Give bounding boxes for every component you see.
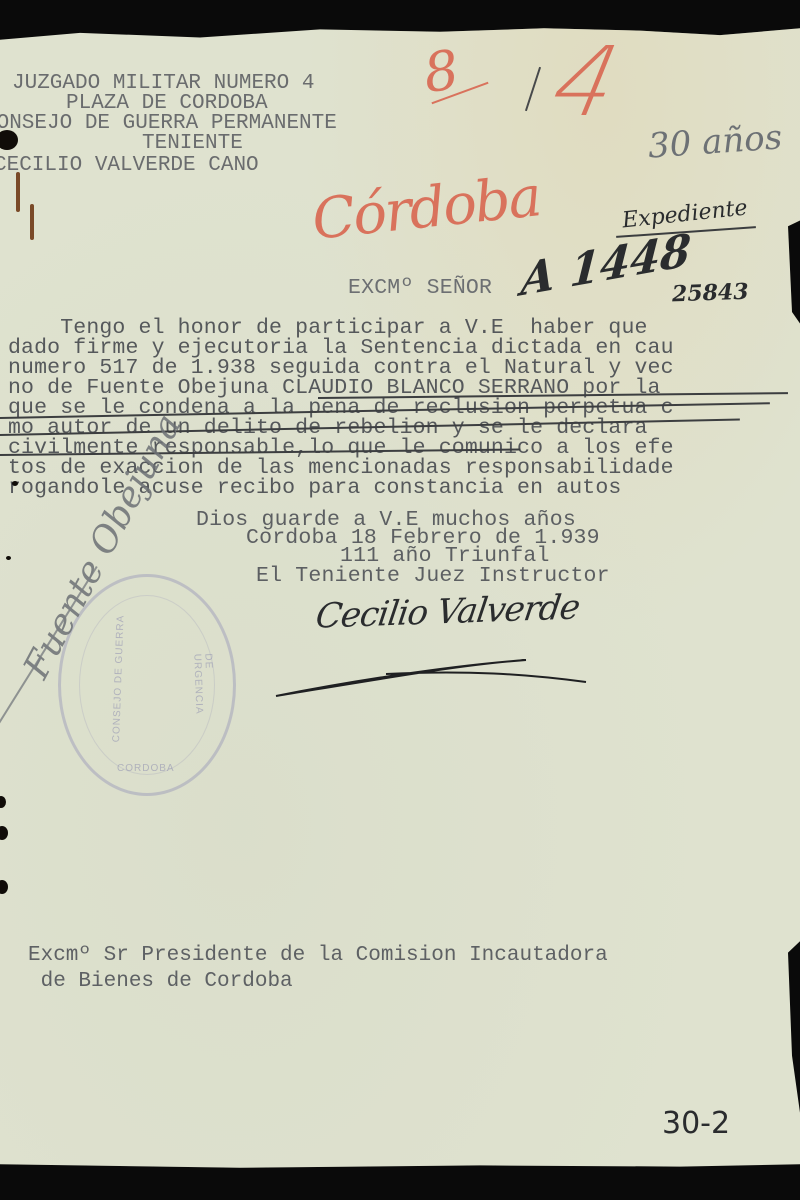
annotation-dark-stroke	[525, 67, 541, 111]
signature: Cecilio Valverde	[313, 587, 582, 636]
annotation-pencil-age: 30 años	[647, 117, 784, 166]
letterhead-rank: TENIENTE	[142, 134, 243, 154]
closing-title: El Teniente Juez Instructor	[256, 566, 610, 587]
letterhead-plaza: PLAZA DE CORDOBA	[66, 94, 268, 114]
ink-speck	[12, 481, 18, 486]
binding-hole	[0, 130, 18, 150]
salutation: EXCMº SEÑOR	[348, 278, 492, 299]
binding-hole	[0, 880, 8, 894]
addressee-line-1: Excmº Sr Presidente de la Comision Incau…	[28, 944, 608, 968]
stamp-text-right: DE URGENCIA	[191, 653, 215, 715]
ink-speck	[6, 556, 11, 560]
annotation-page-ref: 30-2	[662, 1106, 730, 1141]
signature-flourish	[266, 652, 596, 702]
letterhead-officer-name: CECILIO VALVERDE CANO	[0, 156, 259, 176]
annotation-expediente-number: A 1448	[519, 224, 692, 306]
annotation-reference-number: 25843	[672, 279, 749, 308]
letterhead-court: JUZGADO MILITAR NUMERO 4	[12, 74, 314, 94]
addressee-line-2: de Bienes de Cordoba	[28, 970, 293, 994]
binding-hole	[0, 796, 6, 808]
document-page: JUZGADO MILITAR NUMERO 4 PLAZA DE CORDOB…	[0, 26, 800, 1170]
rust-stain	[16, 172, 20, 212]
annotation-red-city: Córdoba	[309, 164, 543, 252]
letterhead-consejo: CONSEJO DE GUERRA PERMANENTE	[0, 114, 337, 134]
binding-hole	[0, 826, 8, 840]
body-line-9: rogandole acuse recibo para constancia e…	[8, 476, 621, 500]
annotation-red-large-number: 4	[533, 26, 639, 138]
stamp-text-bottom: CORDOBA	[117, 763, 175, 774]
rust-stain	[30, 204, 34, 240]
